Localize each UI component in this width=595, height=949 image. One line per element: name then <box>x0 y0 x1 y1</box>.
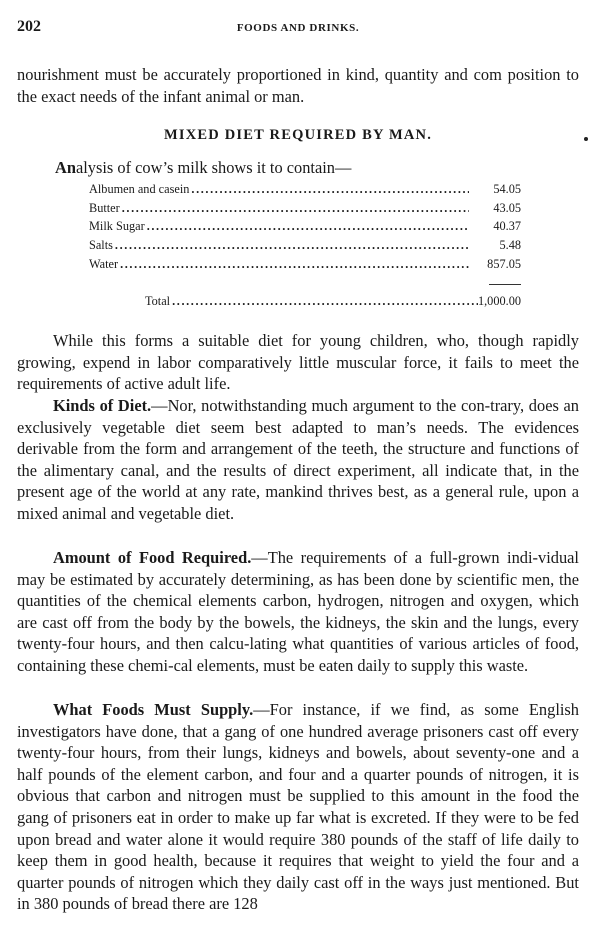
row-value: 5.48 <box>469 238 521 253</box>
paragraph-amount-of-food: Amount of Food Required.—The requirement… <box>17 547 579 677</box>
row-label: Salts <box>89 238 115 253</box>
paragraph-lead: Kinds of Diet. <box>53 396 151 415</box>
dot-leader: ........................................… <box>122 201 469 216</box>
dot-leader: ........................................… <box>147 219 469 234</box>
paragraph-what-foods-supply: What Foods Must Supply.—For instance, if… <box>17 699 579 915</box>
dot-leader: ........................................… <box>191 182 469 197</box>
total-value: 1,000.00 <box>478 294 521 309</box>
analysis-intro-text: alysis of cow’s milk shows it to contain… <box>76 158 351 177</box>
dot-leader: ........................................… <box>115 238 469 253</box>
paragraph-kinds-of-diet: Kinds of Diet.—Nor, notwithstanding much… <box>17 395 579 525</box>
paragraph-text: —Nor, notwithstanding much argument to t… <box>17 396 579 523</box>
analysis-intro: Analysis of cow’s milk shows it to conta… <box>55 158 351 178</box>
table-row: Butter .................................… <box>89 201 521 220</box>
running-title: FOODS AND DRINKS. <box>17 22 579 34</box>
table-row: Albumen and casein .....................… <box>89 182 521 201</box>
row-value: 40.37 <box>469 219 521 234</box>
paragraph-text: —For instance, if we find, as some Engli… <box>17 700 579 913</box>
total-label: Total <box>145 294 172 309</box>
sum-rule <box>489 284 521 285</box>
table-row: Milk Sugar .............................… <box>89 219 521 238</box>
section-title: MIXED DIET REQUIRED BY MAN. <box>17 127 579 144</box>
paragraph-text: While this forms a suitable diet for you… <box>17 331 579 393</box>
row-value: 54.05 <box>469 182 521 197</box>
row-value: 43.05 <box>469 201 521 216</box>
total-row: Total ..................................… <box>145 294 521 313</box>
row-label: Milk Sugar <box>89 219 147 234</box>
dot-leader: ........................................… <box>172 294 478 309</box>
opening-paragraph: nourishment must be accurately proportio… <box>17 64 579 107</box>
row-label: Water <box>89 257 120 272</box>
paragraph-children-diet: While this forms a suitable diet for you… <box>17 330 579 395</box>
paragraph-text: —The requirements of a full-grown indi-v… <box>17 548 579 675</box>
dot-leader: ........................................… <box>120 257 469 272</box>
table-row: Salts ..................................… <box>89 238 521 257</box>
milk-composition-table: Albumen and casein .....................… <box>89 182 521 275</box>
paragraph-lead: What Foods Must Supply. <box>53 700 253 719</box>
row-label: Albumen and casein <box>89 182 191 197</box>
row-label: Butter <box>89 201 122 216</box>
print-speck <box>584 137 588 141</box>
row-value: 857.05 <box>469 257 521 272</box>
paragraph-lead: Amount of Food Required. <box>53 548 251 567</box>
table-row: Water ..................................… <box>89 257 521 276</box>
analysis-intro-initial: An <box>55 158 76 177</box>
running-head: 202 FOODS AND DRINKS. <box>17 18 579 38</box>
